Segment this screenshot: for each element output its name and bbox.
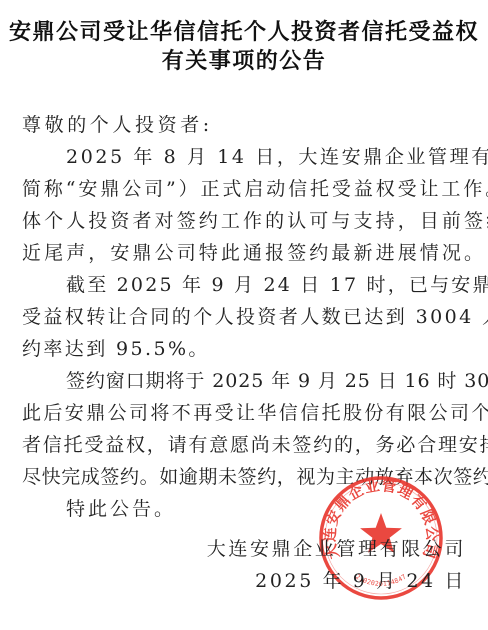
body-line: 约率达到 95.5%。 <box>22 333 468 365</box>
salutation: 尊敬的个人投资者: <box>22 109 468 141</box>
signature-company: 大连安鼎企业管理有限公司 <box>207 533 466 565</box>
document-title-line-2: 有关事项的公告 <box>0 47 488 76</box>
body-line: 2025 年 8 月 14 日，大连安鼎企业管理有限公司（以下 <box>66 141 468 173</box>
body-line: 受益权转让合同的个人投资者人数已达到 3004 人，整体签 <box>22 301 468 333</box>
body-line: 简称“安鼎公司”）正式启动信托受益权受让工作。感谢全 <box>22 173 468 205</box>
document-title-line-1: 安鼎公司受让华信信托个人投资者信托受益权 <box>0 18 488 47</box>
body-line: 截至 2025 年 9 月 24 日 17 时，已与安鼎公司签订信托 <box>66 269 468 301</box>
body-line: 签约窗口期将于 2025 年 9 月 25 日 16 时 30 分正式结束， <box>66 365 468 397</box>
body-line: 此后安鼎公司将不再受让华信信托股份有限公司个人投资 <box>22 397 468 429</box>
body-line: 近尾声，安鼎公司特此通报签约最新进展情况。 <box>22 237 468 269</box>
signature-date: 2025 年 9 月 24 日 <box>255 565 466 597</box>
body-line: 者信托受益权，请有意愿尚未签约的，务必合理安排时间， <box>22 429 468 461</box>
body-line: 体个人投资者对签约工作的认可与支持，目前签约工作已临 <box>22 205 468 237</box>
